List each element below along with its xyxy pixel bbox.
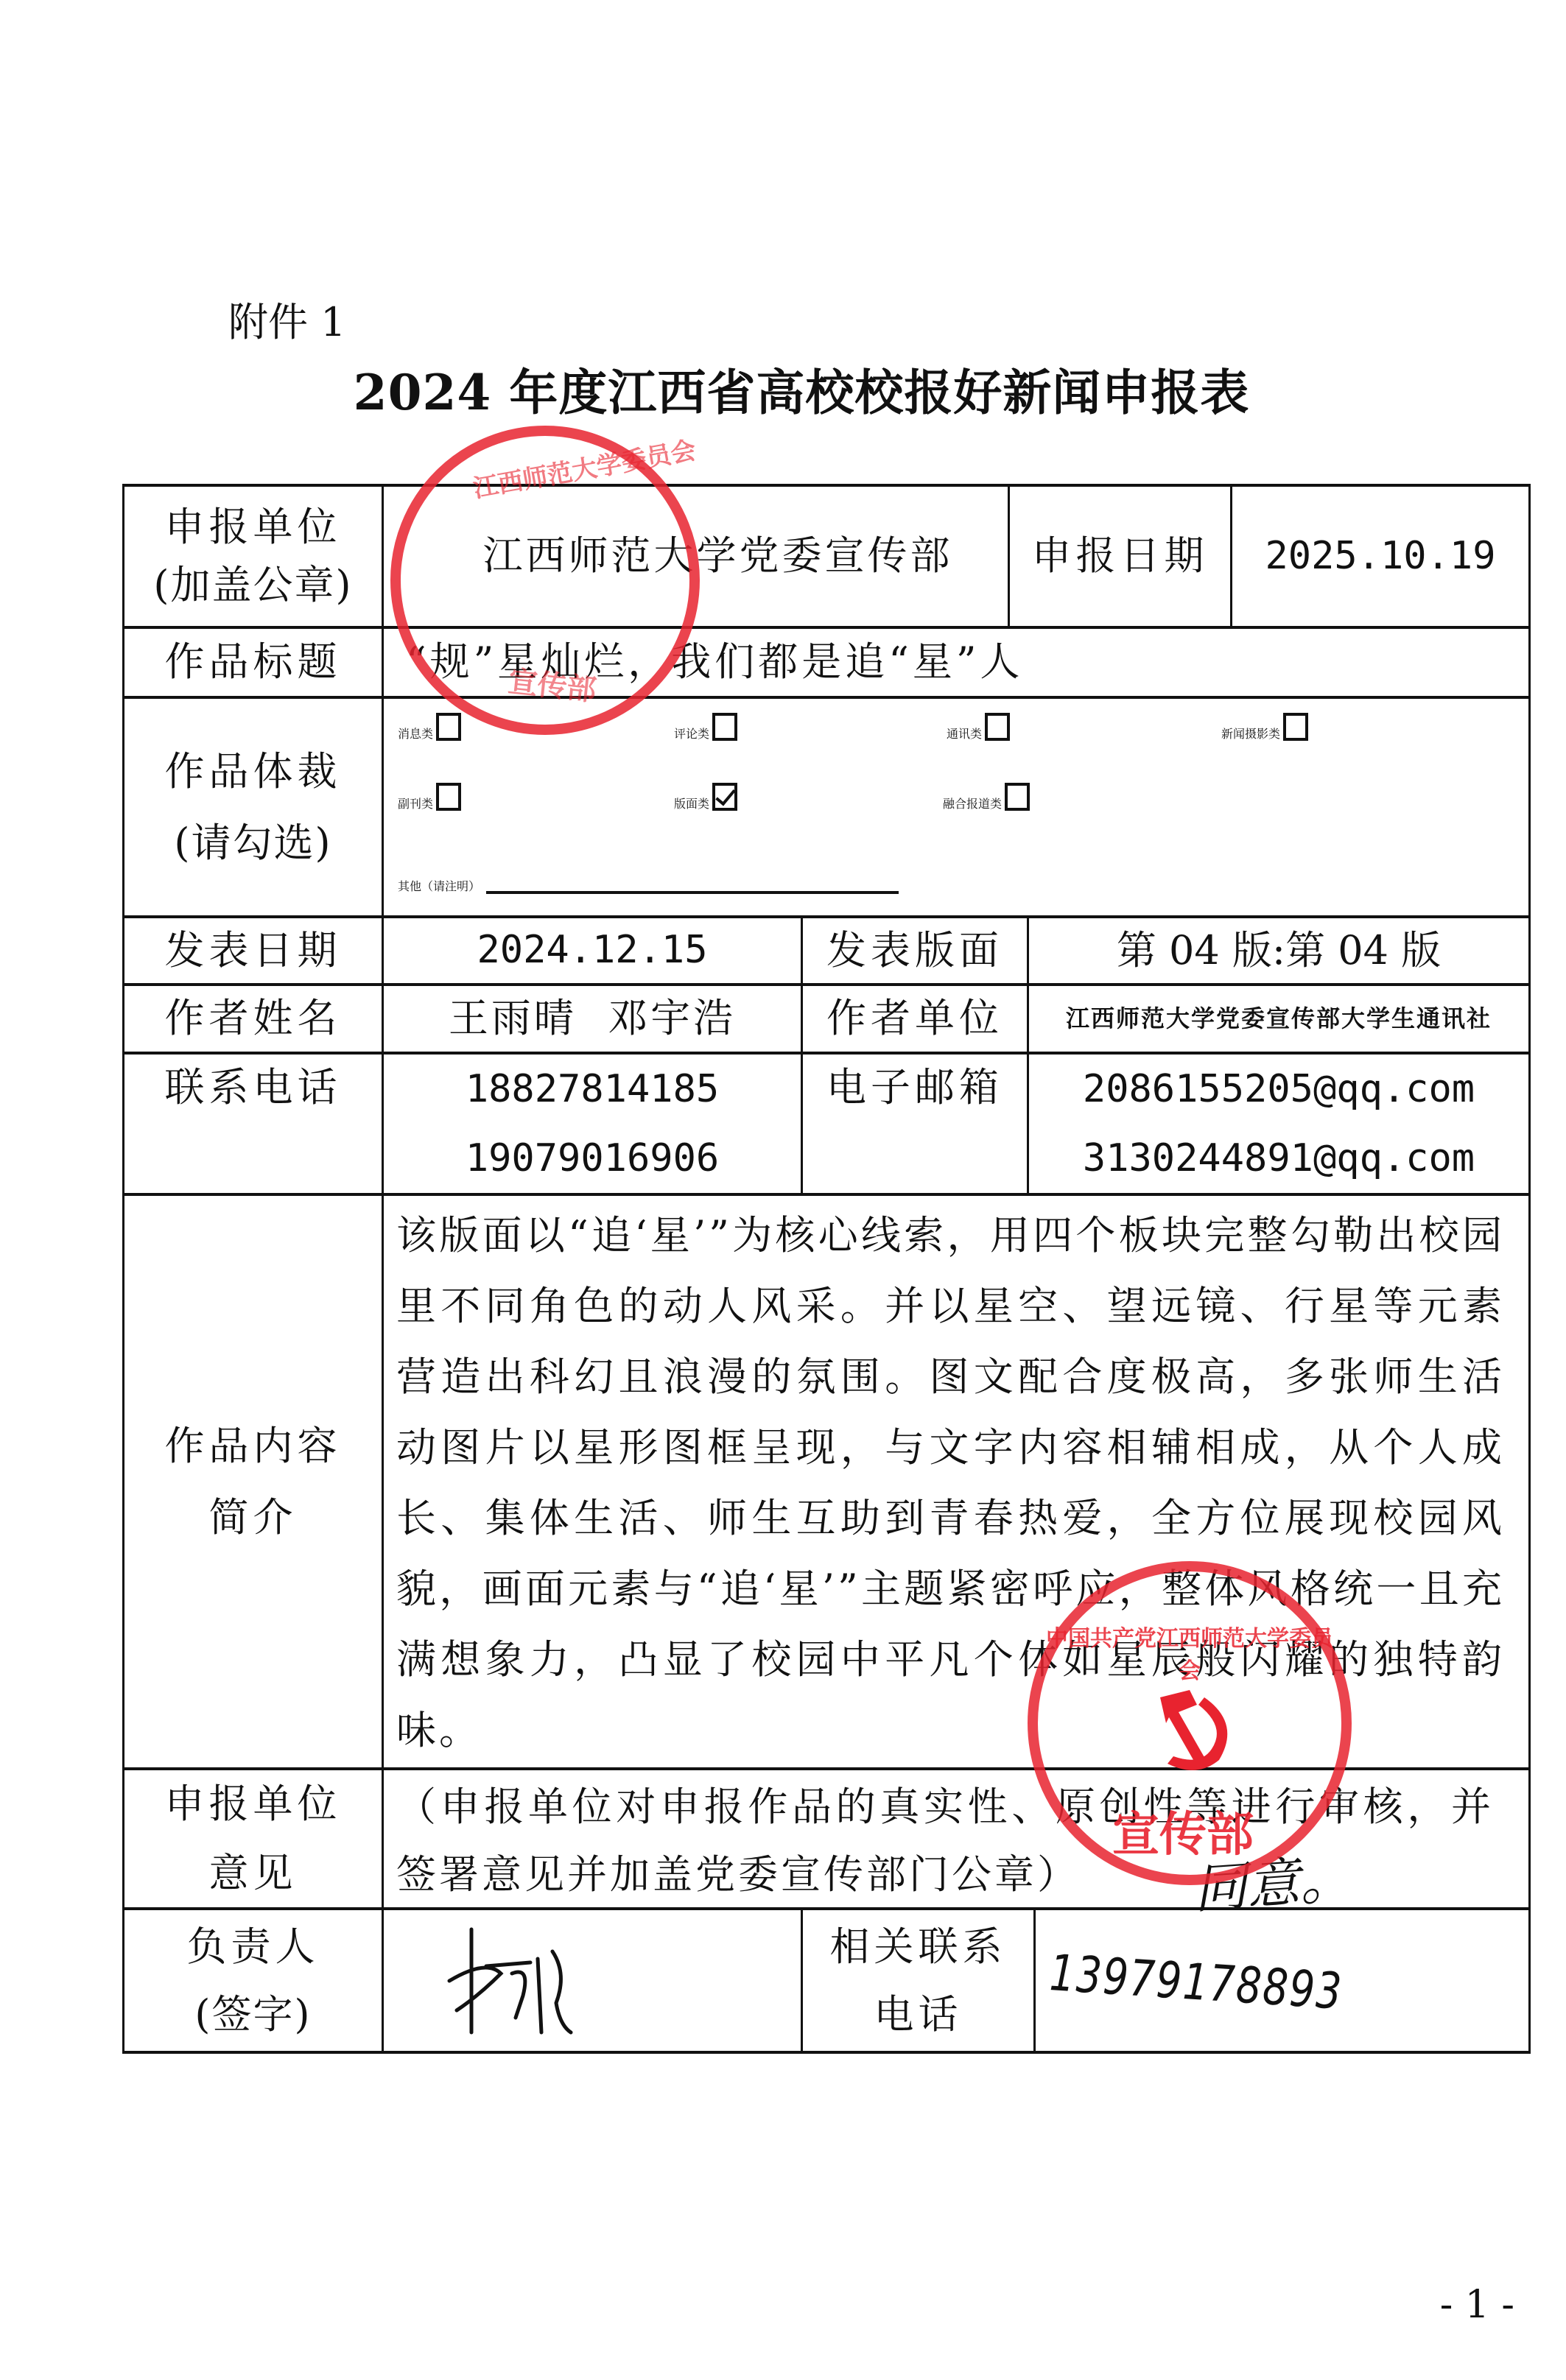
- applicant-unit-label: 申报单位 (加盖公章): [124, 487, 382, 626]
- phone-label: 联系电话: [124, 1055, 382, 1121]
- opinion-label: 申报单位 意见: [124, 1770, 382, 1907]
- contact-phone-label: 相关联系 电话: [803, 1910, 1033, 2051]
- genre-other: 其他（请注明）: [398, 854, 899, 894]
- table-border-right: [1528, 484, 1531, 2053]
- contact-phone-value: 13979178893: [1048, 1944, 1344, 2021]
- genre-option-news[interactable]: 消息类: [398, 713, 461, 742]
- hammer-sickle-icon: [1138, 1679, 1241, 1782]
- signature-icon: [442, 1922, 589, 2040]
- summary-label-line1: 作品内容: [165, 1410, 342, 1482]
- email-label: 电子邮箱: [803, 1055, 1027, 1121]
- page-number: - 1 -: [1440, 2283, 1514, 2327]
- responsible-person-label-line1: 负责人: [187, 1913, 320, 1981]
- email-value: 2086155205@qq.com: [1083, 1055, 1475, 1124]
- genre-option-label: 评论类: [674, 727, 709, 741]
- responsible-person-label-line2: (签字): [194, 1981, 311, 2049]
- phone-value: 19079016906: [466, 1124, 719, 1193]
- genre-option-label: 融合报道类: [943, 797, 1002, 811]
- checkbox-icon[interactable]: [436, 783, 461, 811]
- genre-option-news-photo[interactable]: 新闻摄影类: [1221, 713, 1308, 742]
- checkbox-icon[interactable]: [712, 713, 737, 741]
- genre-option-commentary[interactable]: 评论类: [674, 713, 737, 742]
- email-value: 3130244891@qq.com: [1083, 1124, 1475, 1193]
- genre-other-label: 其他（请注明）: [398, 879, 480, 893]
- seal-bottom-text: 宣传部: [1112, 1797, 1254, 1865]
- genre-label: 作品体裁 (请勾选): [124, 699, 382, 915]
- checkbox-icon[interactable]: [1005, 783, 1030, 811]
- checkbox-icon[interactable]: [436, 713, 461, 741]
- genre-label-line2: (请勾选): [174, 807, 331, 879]
- genre-option-label: 消息类: [398, 727, 433, 741]
- genre-option-label: 通讯类: [947, 727, 982, 741]
- author-unit-value: 江西师范大学党委宣传部大学生通讯社: [1029, 986, 1528, 1052]
- label-column-divider: [382, 484, 384, 2053]
- genre-option-convergence[interactable]: 融合报道类: [943, 783, 1030, 811]
- opinion-label-line1: 申报单位: [165, 1770, 342, 1839]
- author-unit-label: 作者单位: [803, 986, 1027, 1052]
- genre-label-line1: 作品体裁: [165, 736, 342, 807]
- phone-value: 18827814185: [466, 1055, 719, 1124]
- contact-phone-label-line2: 电话: [874, 1981, 963, 2049]
- application-date-label: 申报日期: [1010, 487, 1230, 626]
- publish-date-label: 发表日期: [124, 918, 382, 983]
- publish-date-value: 2024.12.15: [384, 918, 801, 983]
- application-date-value: 2025.10.19: [1232, 487, 1528, 626]
- genre-other-input[interactable]: [486, 854, 899, 894]
- opinion-label-line2: 意见: [209, 1839, 298, 1909]
- genre-option-label: 版面类: [674, 797, 709, 811]
- attachment-label: 附件 1: [228, 291, 346, 348]
- publish-page-value: 第 04 版:第 04 版: [1029, 918, 1528, 983]
- genre-option-supplement[interactable]: 副刊类: [398, 783, 461, 811]
- seal-outer-text: 中国共产党江西师范大学委员会: [1039, 1620, 1341, 1685]
- checkbox-icon[interactable]: [1283, 713, 1308, 741]
- contact-phone-label-line1: 相关联系: [830, 1913, 1007, 1981]
- genre-option-correspondence[interactable]: 通讯类: [947, 713, 1010, 742]
- responsible-person-label: 负责人 (签字): [124, 1910, 382, 2051]
- author-name-label: 作者姓名: [124, 986, 382, 1052]
- summary-label: 作品内容 简介: [124, 1196, 382, 1767]
- form-title: 2024 年度江西省高校校报好新闻申报表: [0, 353, 1566, 423]
- work-title-label: 作品标题: [124, 629, 382, 696]
- checkbox-checked-icon[interactable]: [712, 783, 737, 811]
- genre-option-label: 新闻摄影类: [1221, 727, 1280, 741]
- column-divider: [1033, 1907, 1036, 2053]
- genre-option-layout[interactable]: 版面类: [674, 783, 737, 811]
- table-border-bottom: [122, 2051, 1531, 2054]
- publish-page-label: 发表版面: [803, 918, 1027, 983]
- responsible-person-signature: [442, 1922, 589, 2040]
- author-name-value: 王雨晴 邓宇浩: [384, 986, 801, 1052]
- summary-label-line2: 简介: [209, 1482, 298, 1553]
- applicant-unit-label-line1: 申报单位: [165, 499, 342, 556]
- applicant-unit-label-line2: (加盖公章): [153, 557, 352, 614]
- genre-option-label: 副刊类: [398, 797, 433, 811]
- email-values: 2086155205@qq.com 3130244891@qq.com: [1029, 1055, 1528, 1193]
- phone-values: 18827814185 19079016906: [384, 1055, 801, 1193]
- checkbox-icon[interactable]: [985, 713, 1010, 741]
